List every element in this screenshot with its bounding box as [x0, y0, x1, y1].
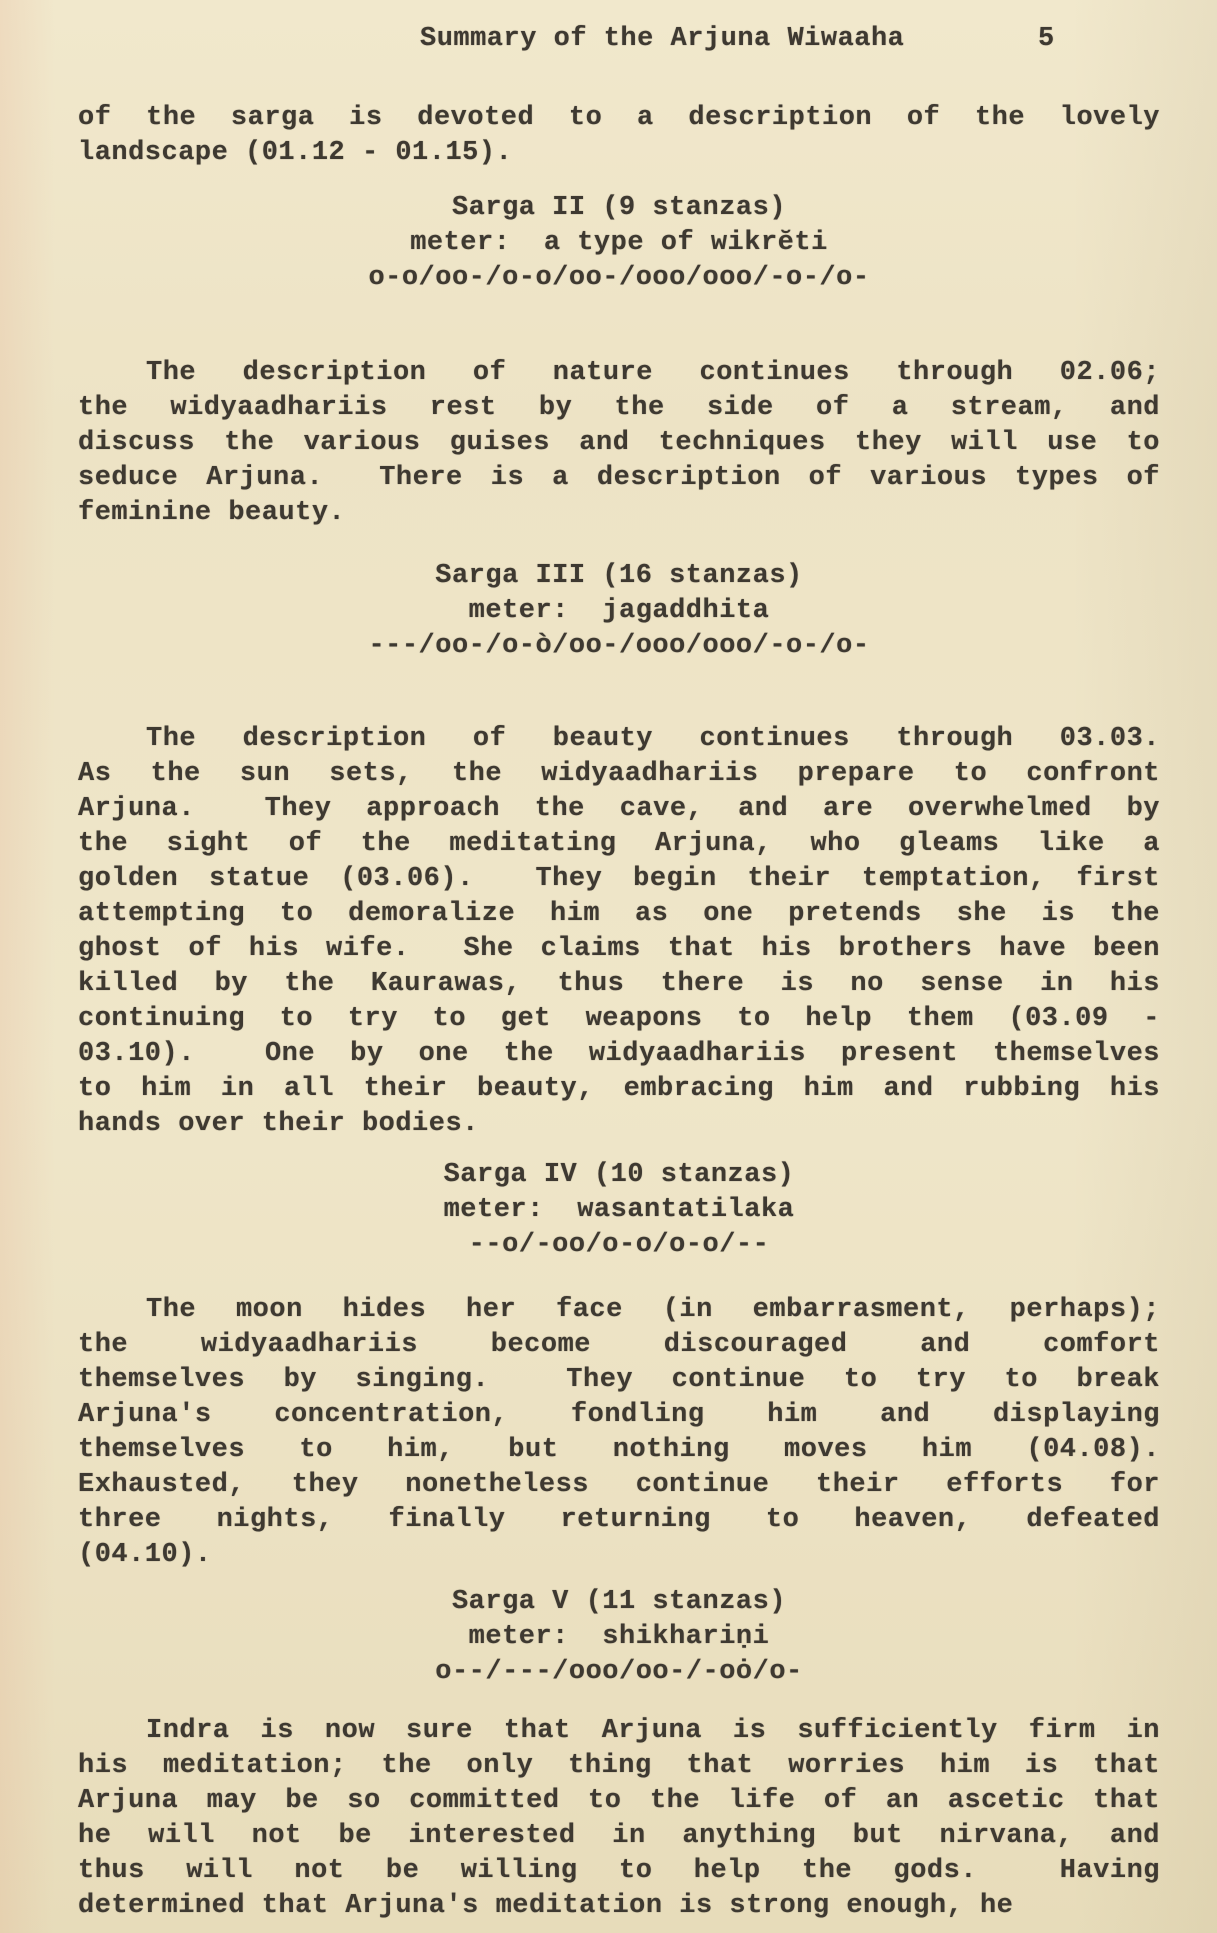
- text-line: Arjuna may be so committed to the life o…: [78, 1784, 1160, 1819]
- text-line: seduce Arjuna. There is a description of…: [78, 461, 1160, 496]
- paragraph: of the sarga is devoted to a description…: [78, 101, 1160, 171]
- text-line: three nights, finally returning to heave…: [78, 1503, 1160, 1538]
- paragraph: The description of nature continues thro…: [78, 356, 1160, 531]
- paragraph: The description of beauty continues thro…: [78, 722, 1160, 1142]
- text-line: continuing to try to get weapons to help…: [78, 1002, 1160, 1037]
- sarga-title: Sarga II (9 stanzas): [78, 191, 1160, 226]
- text-line: determined that Arjuna's meditation is s…: [78, 1889, 1160, 1924]
- text-line: (04.10).: [78, 1538, 1160, 1573]
- sarga-title: Sarga III (16 stanzas): [78, 559, 1160, 594]
- meter-notation: o-o/oo-/o-o/oo-/ooo/ooo/-o-/o-: [78, 261, 1160, 296]
- meter-name: meter: shikhariṇi: [78, 1620, 1160, 1655]
- text-line: The description of beauty continues thro…: [78, 722, 1160, 757]
- meter-name: meter: wasantatilaka: [78, 1193, 1160, 1228]
- text-line: his meditation; the only thing that worr…: [78, 1749, 1160, 1784]
- sarga-heading: Sarga III (16 stanzas)meter: jagaddhita-…: [78, 559, 1160, 664]
- paragraph: Indra is now sure that Arjuna is suffici…: [78, 1714, 1160, 1924]
- sarga-heading: Sarga V (11 stanzas)meter: shikhariṇio--…: [78, 1585, 1160, 1690]
- sarga-heading: Sarga II (9 stanzas)meter: a type of wik…: [78, 191, 1160, 296]
- text-line: Exhausted, they nonetheless continue the…: [78, 1468, 1160, 1503]
- text-line: the widyaadhariis become discouraged and…: [78, 1328, 1160, 1363]
- text-line: killed by the Kaurawas, thus there is no…: [78, 967, 1160, 1002]
- text-line: to him in all their beauty, embracing hi…: [78, 1072, 1160, 1107]
- document-page: Summary of the Arjuna Wiwaaha 5 of the s…: [0, 0, 1217, 1933]
- text-line: the sight of the meditating Arjuna, who …: [78, 827, 1160, 862]
- text-line: golden statue (03.06). They begin their …: [78, 862, 1160, 897]
- sarga-title: Sarga V (11 stanzas): [78, 1585, 1160, 1620]
- text-line: of the sarga is devoted to a description…: [78, 101, 1160, 136]
- text-line: As the sun sets, the widyaadhariis prepa…: [78, 757, 1160, 792]
- text-line: discuss the various guises and technique…: [78, 426, 1160, 461]
- meter-name: meter: a type of wikrĕti: [78, 226, 1160, 261]
- meter-notation: --o/-oo/o-o/o-o/--: [78, 1228, 1160, 1263]
- sarga-title: Sarga IV (10 stanzas): [78, 1158, 1160, 1193]
- paragraph: The moon hides her face (in embarrasment…: [78, 1293, 1160, 1573]
- page-header: Summary of the Arjuna Wiwaaha 5: [78, 22, 1160, 57]
- text-line: the widyaadhariis rest by the side of a …: [78, 391, 1160, 426]
- text-column: Summary of the Arjuna Wiwaaha 5 of the s…: [0, 0, 1217, 1924]
- text-line: he will not be interested in anything bu…: [78, 1819, 1160, 1854]
- sarga-heading: Sarga IV (10 stanzas)meter: wasantatilak…: [78, 1158, 1160, 1263]
- text-line: The description of nature continues thro…: [78, 356, 1160, 391]
- text-line: themselves to him, but nothing moves him…: [78, 1433, 1160, 1468]
- text-line: 03.10). One by one the widyaadhariis pre…: [78, 1037, 1160, 1072]
- text-line: attempting to demoralize him as one pret…: [78, 897, 1160, 932]
- page-header-title: Summary of the Arjuna Wiwaaha: [420, 22, 904, 57]
- text-line: The moon hides her face (in embarrasment…: [78, 1293, 1160, 1328]
- text-line: feminine beauty.: [78, 496, 1160, 531]
- text-line: themselves by singing. They continue to …: [78, 1363, 1160, 1398]
- meter-notation: o--/---/ooo/oo-/-oȯ/o-: [78, 1655, 1160, 1690]
- text-line: Arjuna's concentration, fondling him and…: [78, 1398, 1160, 1433]
- document-body: of the sarga is devoted to a description…: [78, 101, 1160, 1924]
- page-number: 5: [1038, 22, 1055, 57]
- text-line: landscape (01.12 - 01.15).: [78, 136, 1160, 171]
- text-line: hands over their bodies.: [78, 1107, 1160, 1142]
- text-line: Indra is now sure that Arjuna is suffici…: [78, 1714, 1160, 1749]
- text-line: ghost of his wife. She claims that his b…: [78, 932, 1160, 967]
- meter-name: meter: jagaddhita: [78, 594, 1160, 629]
- text-line: Arjuna. They approach the cave, and are …: [78, 792, 1160, 827]
- text-line: thus will not be willing to help the god…: [78, 1854, 1160, 1889]
- meter-notation: ---/oo-/o-ò/oo-/ooo/ooo/-o-/o-: [78, 629, 1160, 664]
